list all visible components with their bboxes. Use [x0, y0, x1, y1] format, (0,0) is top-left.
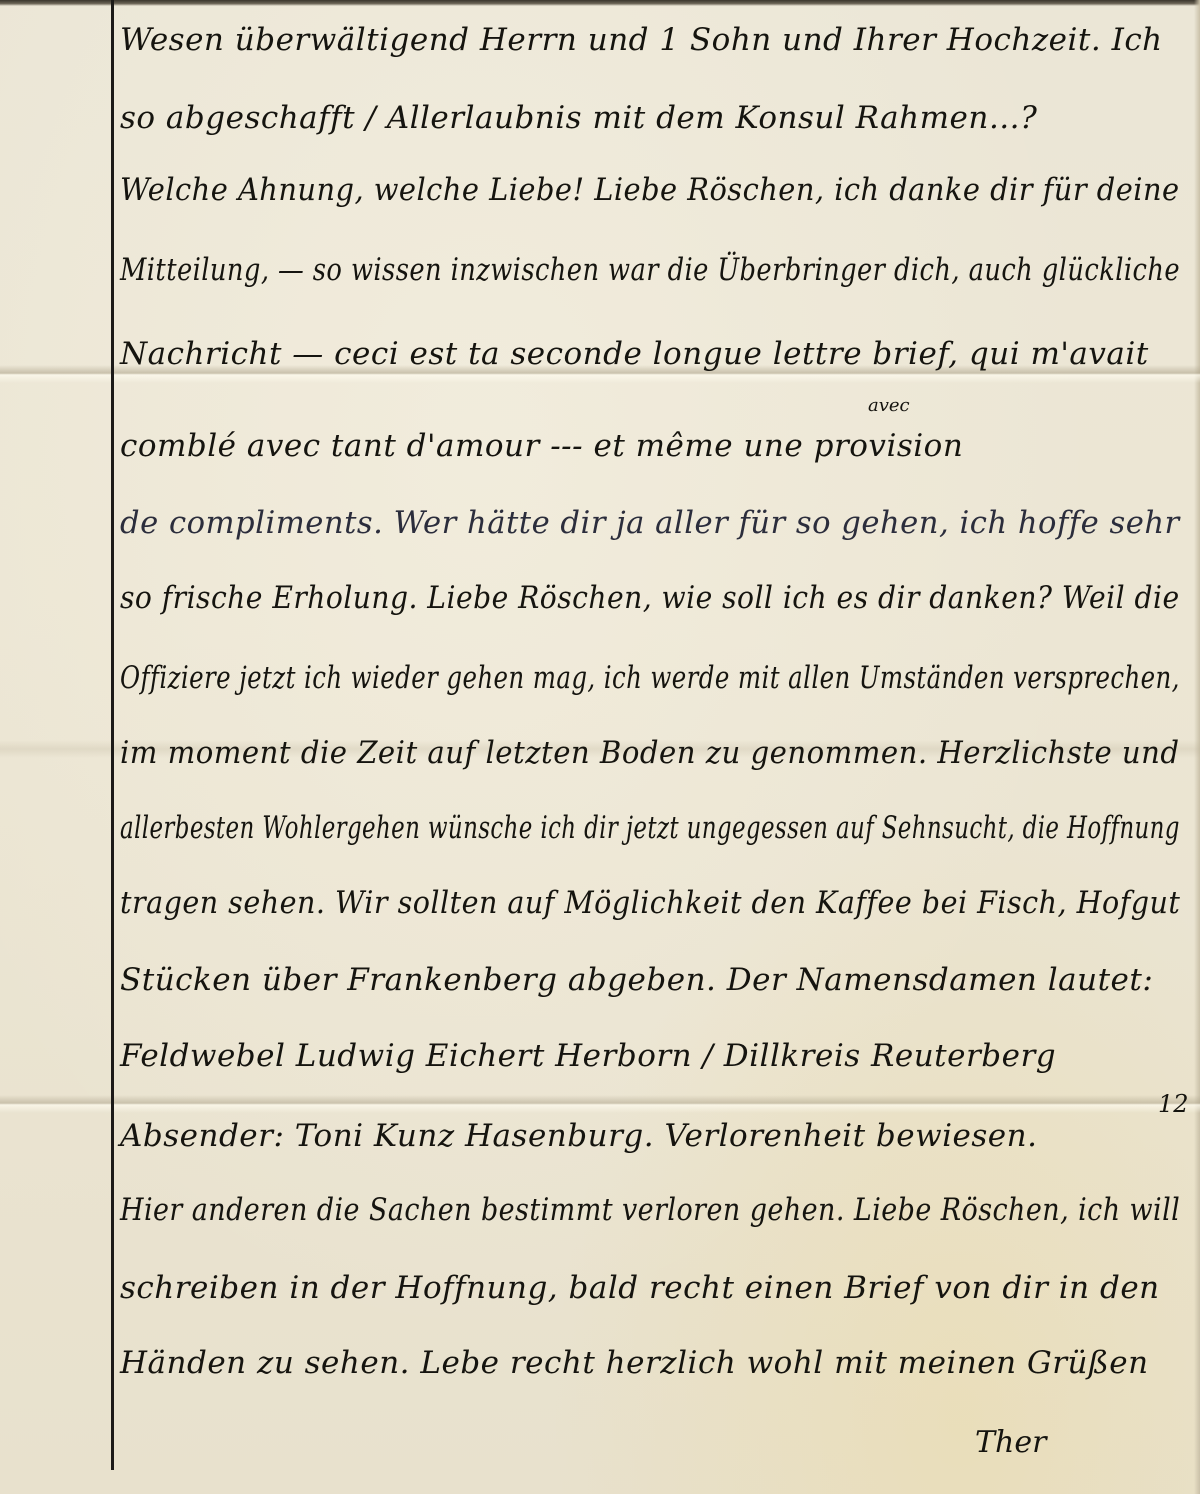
- letter-line: tragen sehen. Wir sollten auf Möglichkei…: [120, 885, 1180, 921]
- interlinear-insertion: avec: [868, 395, 910, 416]
- letter-line: allerbesten Wohlergehen wünsche ich dir …: [120, 810, 1180, 846]
- signature: Ther: [975, 1425, 1046, 1460]
- letter-line: comblé avec tant d'amour --- et même une…: [120, 428, 963, 464]
- letter-line: Wesen überwältigend Herrn und 1 Sohn und…: [120, 22, 1163, 58]
- letter-page: Wesen überwältigend Herrn und 1 Sohn und…: [0, 0, 1200, 1494]
- letter-line: so abgeschafft / Allerlaubnis mit dem Ko…: [120, 100, 1037, 136]
- letter-line: Hier anderen die Sachen bestimmt verlore…: [120, 1192, 1180, 1228]
- fold-crease-lower: [0, 1095, 1200, 1113]
- letter-line: Offiziere jetzt ich wieder gehen mag, ic…: [120, 660, 1180, 696]
- letter-line: Nachricht — ceci est ta seconde longue l…: [120, 336, 1149, 372]
- letter-line: Stücken über Frankenberg abgeben. Der Na…: [120, 962, 1153, 998]
- address-number: 12: [1158, 1090, 1189, 1118]
- scan-top-edge: [0, 0, 1200, 6]
- letter-line: so frische Erholung. Liebe Röschen, wie …: [120, 580, 1180, 616]
- letter-line-sender: Absender: Toni Kunz Hasenburg. Verlorenh…: [120, 1118, 1037, 1154]
- letter-line: Welche Ahnung, welche Liebe! Liebe Rösch…: [120, 172, 1180, 208]
- letter-line: Händen zu sehen. Lebe recht herzlich woh…: [120, 1345, 1149, 1381]
- letter-line: schreiben in der Hoffnung, bald recht ei…: [120, 1270, 1160, 1306]
- letter-line: im moment die Zeit auf letzten Boden zu …: [120, 735, 1180, 771]
- margin-rule: [111, 0, 114, 1470]
- letter-line: de compliments. Wer hätte dir ja aller f…: [120, 505, 1180, 541]
- letter-line-address: Feldwebel Ludwig Eichert Herborn / Dillk…: [120, 1038, 1056, 1074]
- letter-line: Mitteilung, — so wissen inzwischen war d…: [120, 252, 1180, 288]
